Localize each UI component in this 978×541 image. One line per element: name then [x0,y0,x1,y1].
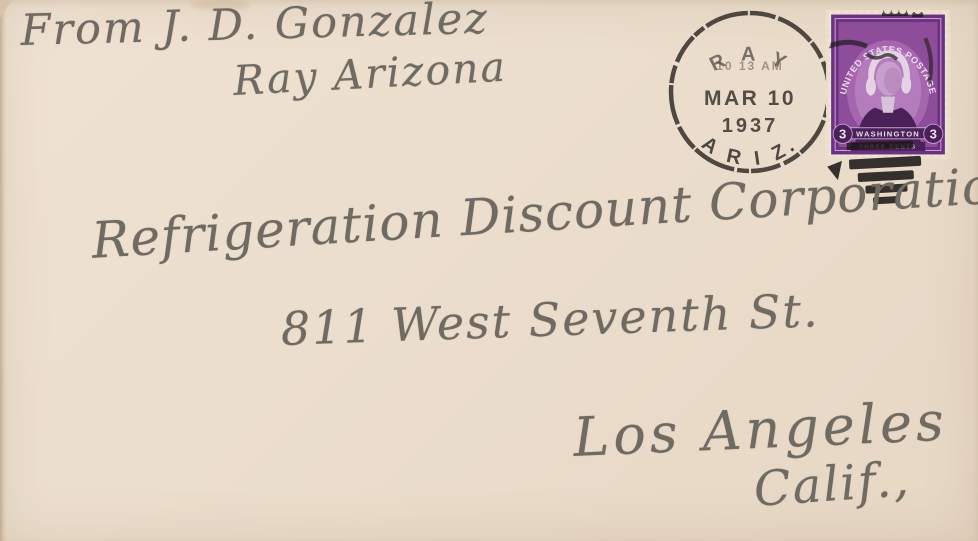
recipient-line2: 811 West Seventh St. [280,283,820,356]
postmark-time: 10 13 AM [716,59,784,73]
denomination-left: 3 [839,127,846,142]
postmark-date: MAR 10 [704,87,796,110]
postmark-year: 1937 [722,115,779,137]
portrait-curl-right [901,75,911,93]
recipient-line4: Calif., [752,451,912,518]
postmark-state: A R I Z. [698,132,803,170]
portrait-curl-left [866,77,876,95]
portrait-cravat [881,97,895,113]
return-address-line2: Ray Arizona [232,43,508,105]
portrait-face-shade [884,67,902,93]
denomination-right: 3 [930,127,937,142]
envelope: From J. D. Gonzalez Ray Arizona R A Y 10… [0,0,978,541]
recipient-line1: Refrigeration Discount Corporation [90,155,978,270]
postmark: R A Y 10 13 AM MAR 10 1937 A R I Z. [660,4,840,184]
stamp-subject-label: WASHINGTON [856,129,920,138]
worn-left-edge [0,0,7,541]
postage-stamp: UNITED STATES POSTAGE WASHINGTON 3 3 THR… [826,10,950,159]
